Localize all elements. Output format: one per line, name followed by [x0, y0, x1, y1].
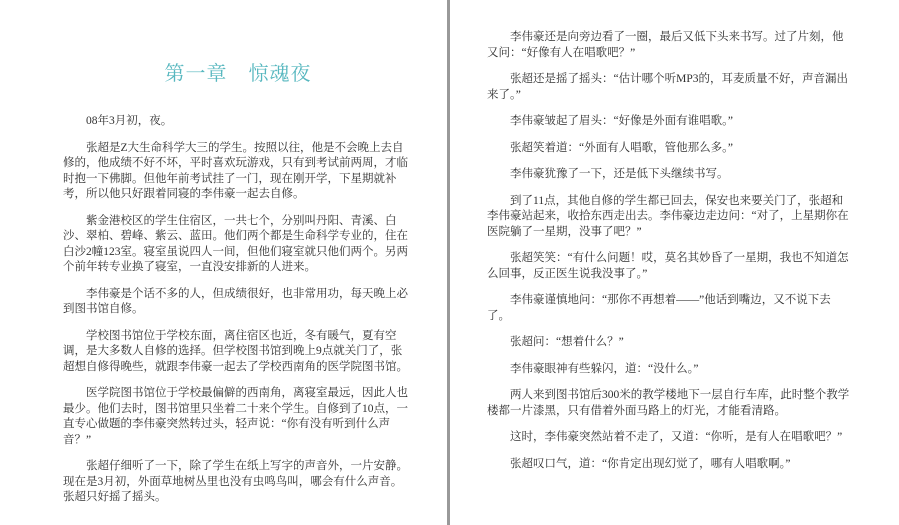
- paragraph: 李伟豪皱起了眉头：“好像是外面有谁唱歌。”: [487, 114, 853, 130]
- paragraph: 张超是Z大生命科学大三的学生。按照以往，他是不会晚上去自修的，他成绩不好不坏，平…: [63, 141, 413, 203]
- paragraph: 两人来到图书馆后300米的教学楼地下一层自行车库，此时整个教学楼都一片漆黑，只有…: [487, 388, 853, 419]
- paragraph: 张超笑着道：“外面有人唱歌，管他那么多。”: [487, 141, 853, 157]
- page-divider: [447, 0, 450, 525]
- paragraph: 08年3月初，夜。: [63, 114, 413, 130]
- paragraph: 张超问：“想着什么？”: [487, 335, 853, 351]
- paragraph: 紫金港校区的学生住宿区，一共七个，分别叫丹阳、青溪、白沙、翠柏、碧峰、紫云、蓝田…: [63, 214, 413, 276]
- left-page: 第一章 惊魂夜 08年3月初，夜。 张超是Z大生命科学大三的学生。按照以往，他是…: [63, 0, 413, 525]
- paragraph: 李伟豪眼神有些躲闪，道：“没什么。”: [487, 362, 853, 378]
- paragraph: 张超笑笑：“有什么问题！哎，莫名其妙昏了一星期，我也不知道怎么回事，反正医生说我…: [487, 251, 853, 282]
- paragraph: 张超仔细听了一下，除了学生在纸上写字的声音外，一片安静。现在是3月初，外面草地树…: [63, 459, 413, 506]
- right-page: 李伟豪还是向旁边看了一圈，最后又低下头来书写。过了片刻，他又问：“好像有人在唱歌…: [487, 0, 853, 525]
- paragraph: 这时，李伟豪突然站着不走了，又道：“你听，是有人在唱歌吧？”: [487, 430, 853, 446]
- paragraph: 李伟豪还是向旁边看了一圈，最后又低下头来书写。过了片刻，他又问：“好像有人在唱歌…: [487, 30, 853, 61]
- chapter-title: 第一章 惊魂夜: [63, 57, 413, 86]
- paragraph: 李伟豪谨慎地问：“那你不再想着——”他话到嘴边，又不说下去了。: [487, 293, 853, 324]
- paragraph: 张超叹口气，道：“你肯定出现幻觉了，哪有人唱歌啊。”: [487, 457, 853, 473]
- paragraph: 张超还是摇了摇头：“估计哪个听MP3的，耳麦质量不好，声音漏出来了。”: [487, 72, 853, 103]
- paragraph: 医学院图书馆位于学校最偏僻的西南角，离寝室最远，因此人也最少。他们去时，图书馆里…: [63, 386, 413, 448]
- ebook-reader: 第一章 惊魂夜 08年3月初，夜。 张超是Z大生命科学大三的学生。按照以往，他是…: [0, 0, 899, 525]
- paragraph: 学校图书馆位于学校东面，离住宿区也近，冬有暖气，夏有空调，是大多数人自修的选择。…: [63, 329, 413, 376]
- paragraph: 到了11点，其他自修的学生都已回去，保安也来要关门了，张超和李伟豪站起来，收拾东…: [487, 194, 853, 241]
- paragraph: 李伟豪犹豫了一下，还是低下头继续书写。: [487, 167, 853, 183]
- paragraph: 李伟豪是个话不多的人，但成绩很好，也非常用功，每天晚上必到图书馆自修。: [63, 287, 413, 318]
